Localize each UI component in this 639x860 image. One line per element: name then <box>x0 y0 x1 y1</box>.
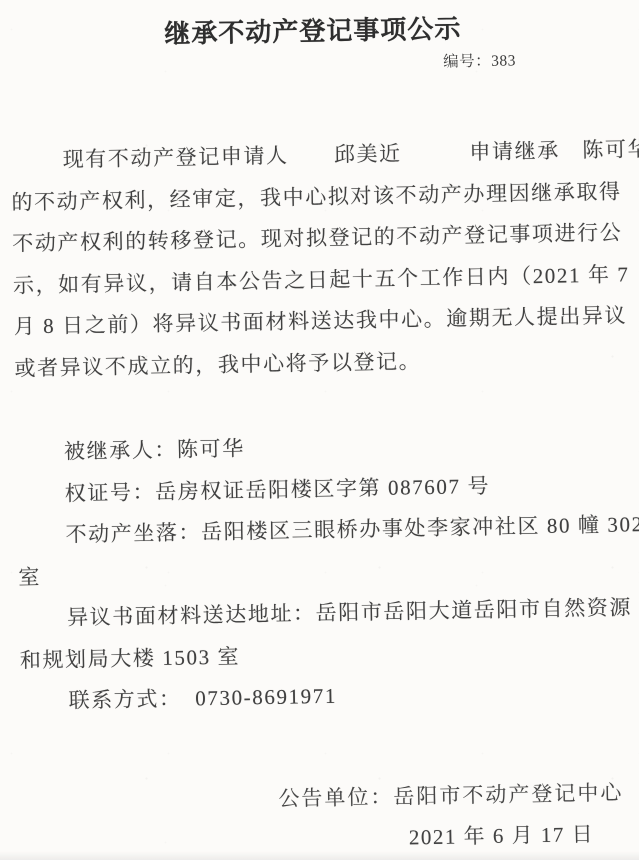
notice-document: 继承不动产登记事项公示 编号：383 现有不动产登记申请人 邱美近 申请继承 陈… <box>0 0 639 860</box>
notice-detail-list: 被继承人：陈可华 权证号：岳房权证岳阳楼区字第 087607 号 不动产坐落：岳… <box>16 421 630 723</box>
page-title: 继承不动产登记事项公示 <box>8 12 617 49</box>
notice-body-paragraph: 现有不动产登记申请人 邱美近 申请继承 陈可华 的不动产权利，经审定，我中心拟对… <box>10 129 623 389</box>
doc-number-line: 编号：383 <box>9 50 618 79</box>
scanned-notice-page: { "notice": { "title": "继承不动产登记事项公示", "n… <box>0 0 639 860</box>
doc-number-value: 383 <box>491 52 516 69</box>
doc-number-label: 编号： <box>443 53 491 71</box>
